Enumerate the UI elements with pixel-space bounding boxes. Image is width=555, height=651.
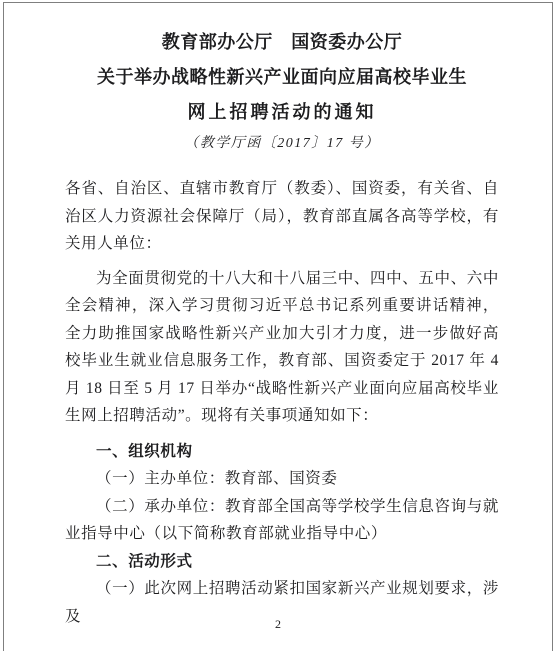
section-2-heading: 二、活动形式 [65,548,499,576]
section-1-heading: 一、组织机构 [65,438,499,466]
document-page: 教育部办公厅 国资委办公厅 关于举办战略性新兴产业面向应届高校毕业生 网上招聘活… [3,2,553,651]
addressee-paragraph: 各省、自治区、直辖市教育厅（教委）、国资委，有关省、自治区人力资源社会保障厅（局… [65,175,499,258]
doc-body: 各省、自治区、直辖市教育厅（教委）、国资委，有关省、自治区人力资源社会保障厅（局… [65,175,499,630]
section-1-item-1: （一）主办单位：教育部、国资委 [65,465,499,493]
doc-title-line-3: 网上招聘活动的通知 [65,95,499,130]
doc-title-line-1: 教育部办公厅 国资委办公厅 [65,25,499,60]
section-1-item-2: （二）承办单位：教育部全国高等学校学生信息咨询与就业指导中心（以下简称教育部就业… [65,493,499,548]
doc-title-line-2: 关于举办战略性新兴产业面向应届高校毕业生 [65,60,499,95]
intro-paragraph: 为全面贯彻党的十八大和十八届三中、四中、五中、六中全会精神，深入学习贯彻习近平总… [65,265,499,430]
document-content: 教育部办公厅 国资委办公厅 关于举办战略性新兴产业面向应届高校毕业生 网上招聘活… [4,3,552,630]
doc-number: （教学厅函〔2017〕17 号） [65,130,499,158]
page-number: 2 [4,616,552,632]
